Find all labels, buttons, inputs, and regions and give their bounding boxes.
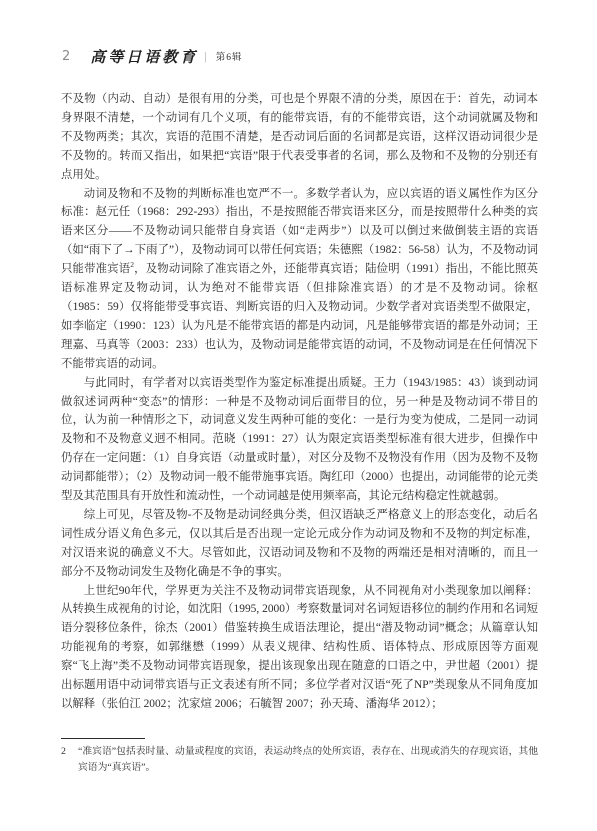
footnote-number: 2 [61,744,78,775]
footnote-text: “准宾语”包括表时量、动量或程度的宾语，表运动终点的处所宾语，表存在、出现或消失… [78,744,538,775]
header-divider-bar: | [205,49,206,64]
paragraph: 上世纪90年代，学界更为关注不及物动词带宾语现象，从不同视角对小类现象加以阐释：… [61,582,538,714]
volume-label: 第6辑 [216,49,243,63]
footnote: 2 “准宾语”包括表时量、动量或程度的宾语，表运动终点的处所宾语，表存在、出现或… [61,744,538,775]
journal-title: 高等日语教育 [90,46,198,67]
page-number: 2 [62,49,70,64]
page-header: 2 高等日语教育 | 第6辑 [62,47,242,65]
footnote-area: 2 “准宾语”包括表时量、动量或程度的宾语，表运动终点的处所宾语，表存在、出现或… [61,738,538,775]
paragraph-text-segment: ，及物动词除了准宾语之外，还能带真宾语；陆俭明（1991）指出，不能比照英语标准… [61,263,538,370]
body-text: 不及物（内动、自动）是很有用的分类，可也是个界限不清的分类，原因在于：首先，动词… [61,90,538,714]
document-page: 2 高等日语教育 | 第6辑 不及物（内动、自动）是很有用的分类，可也是个界限不… [0,0,597,831]
paragraph: 动词及物和不及物的判断标准也宽严不一。多数学者认为，应以宾语的语义属性作为区分标… [61,185,538,374]
paragraph: 综上可见，尽管及物-不及物是动词经典分类，但汉语缺乏严格意义上的形态变化，动后名… [61,506,538,582]
footnote-separator-rule [61,738,145,739]
paragraph: 与此同时，有学者对以宾语类型作为鉴定标准提出质疑。王力（1943/1985：43… [61,374,538,506]
paragraph-continuation: 不及物（内动、自动）是很有用的分类，可也是个界限不清的分类，原因在于：首先，动词… [61,90,538,185]
